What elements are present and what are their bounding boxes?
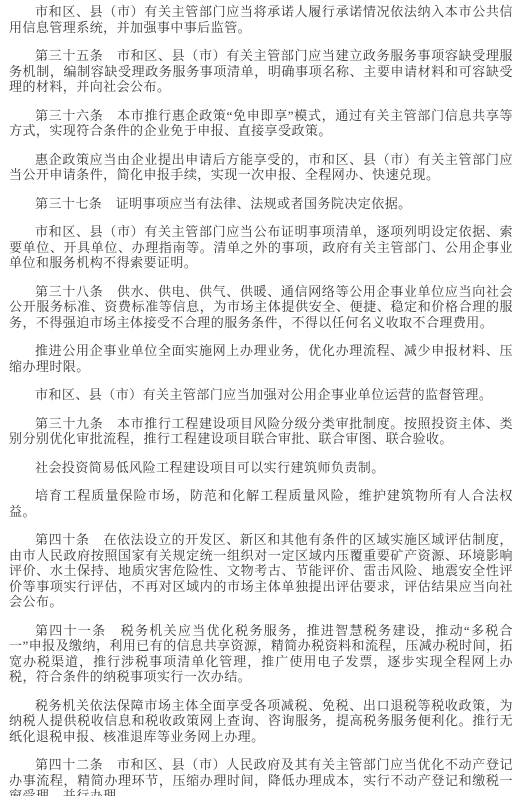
paragraph-huiqi-policy-application: 惠企政策应当由企业提出申请后方能享受的，市和区、县（市）有关主管部门应当公开申请… <box>9 152 513 183</box>
paragraph-tax-policy: 税务机关依法保障市场主体全面享受各项减税、免税、出口退税等税收政策，为纳税人提供… <box>9 698 513 745</box>
paragraph-article-39: 第三十九条 本市推行工程建设项目风险分级分类审批制度。按照投资主体、类别分别优化… <box>9 416 513 447</box>
paragraph-article-38: 第三十八条 供水、供电、供气、供暖、通信网络等公用企事业单位应当向社会公开服务标… <box>9 284 513 331</box>
paragraph-article-36: 第三十六条 本市推行惠企政策“免申即享”模式，通过有关主管部门信息共享等方式，实… <box>9 108 513 139</box>
paragraph-utility-supervision: 市和区、县（市）有关主管部门应当加强对公用企事业单位运营的监督管理。 <box>9 387 513 403</box>
paragraph-credit-supervision: 市和区、县（市）有关主管部门应当将承诺人履行承诺情况依法纳入本市公共信用信息管理… <box>9 4 513 35</box>
paragraph-article-35: 第三十五条 市和区、县（市）有关主管部门应当建立政务服务事项容缺受理服务机制，编… <box>9 48 513 95</box>
paragraph-quality-insurance: 培育工程质量保险市场，防范和化解工程质量风险，维护建筑物所有人合法权益。 <box>9 488 513 519</box>
paragraph-utility-online-services: 推进公用企事业单位全面实施网上办理业务，优化办理流程、减少申报材料、压缩办理时限… <box>9 343 513 374</box>
paragraph-article-37: 第三十七条 证明事项应当有法律、法规或者国务院决定依据。 <box>9 196 513 212</box>
paragraph-article-40: 第四十条 在依法设立的开发区、新区和其他有条件的区域实施区域评估制度，由市人民政… <box>9 532 513 610</box>
paragraph-article-42: 第四十二条 市和区、县（市）人民政府及其有关主管部门应当优化不动产登记办事流程，… <box>9 757 513 796</box>
paragraph-certification-list: 市和区、县（市）有关主管部门应当公布证明事项清单，逐项列明设定依据、索要单位、开… <box>9 224 513 271</box>
document-page: 市和区、县（市）有关主管部门应当将承诺人履行承诺情况依法纳入本市公共信用信息管理… <box>0 0 521 796</box>
paragraph-article-41: 第四十一条 税务机关应当优化税务服务，推进智慧税务建设，推动“多税合一”申报及缴… <box>9 623 513 685</box>
paragraph-low-risk-projects: 社会投资简易低风险工程建设项目可以实行建筑师负责制。 <box>9 460 513 476</box>
